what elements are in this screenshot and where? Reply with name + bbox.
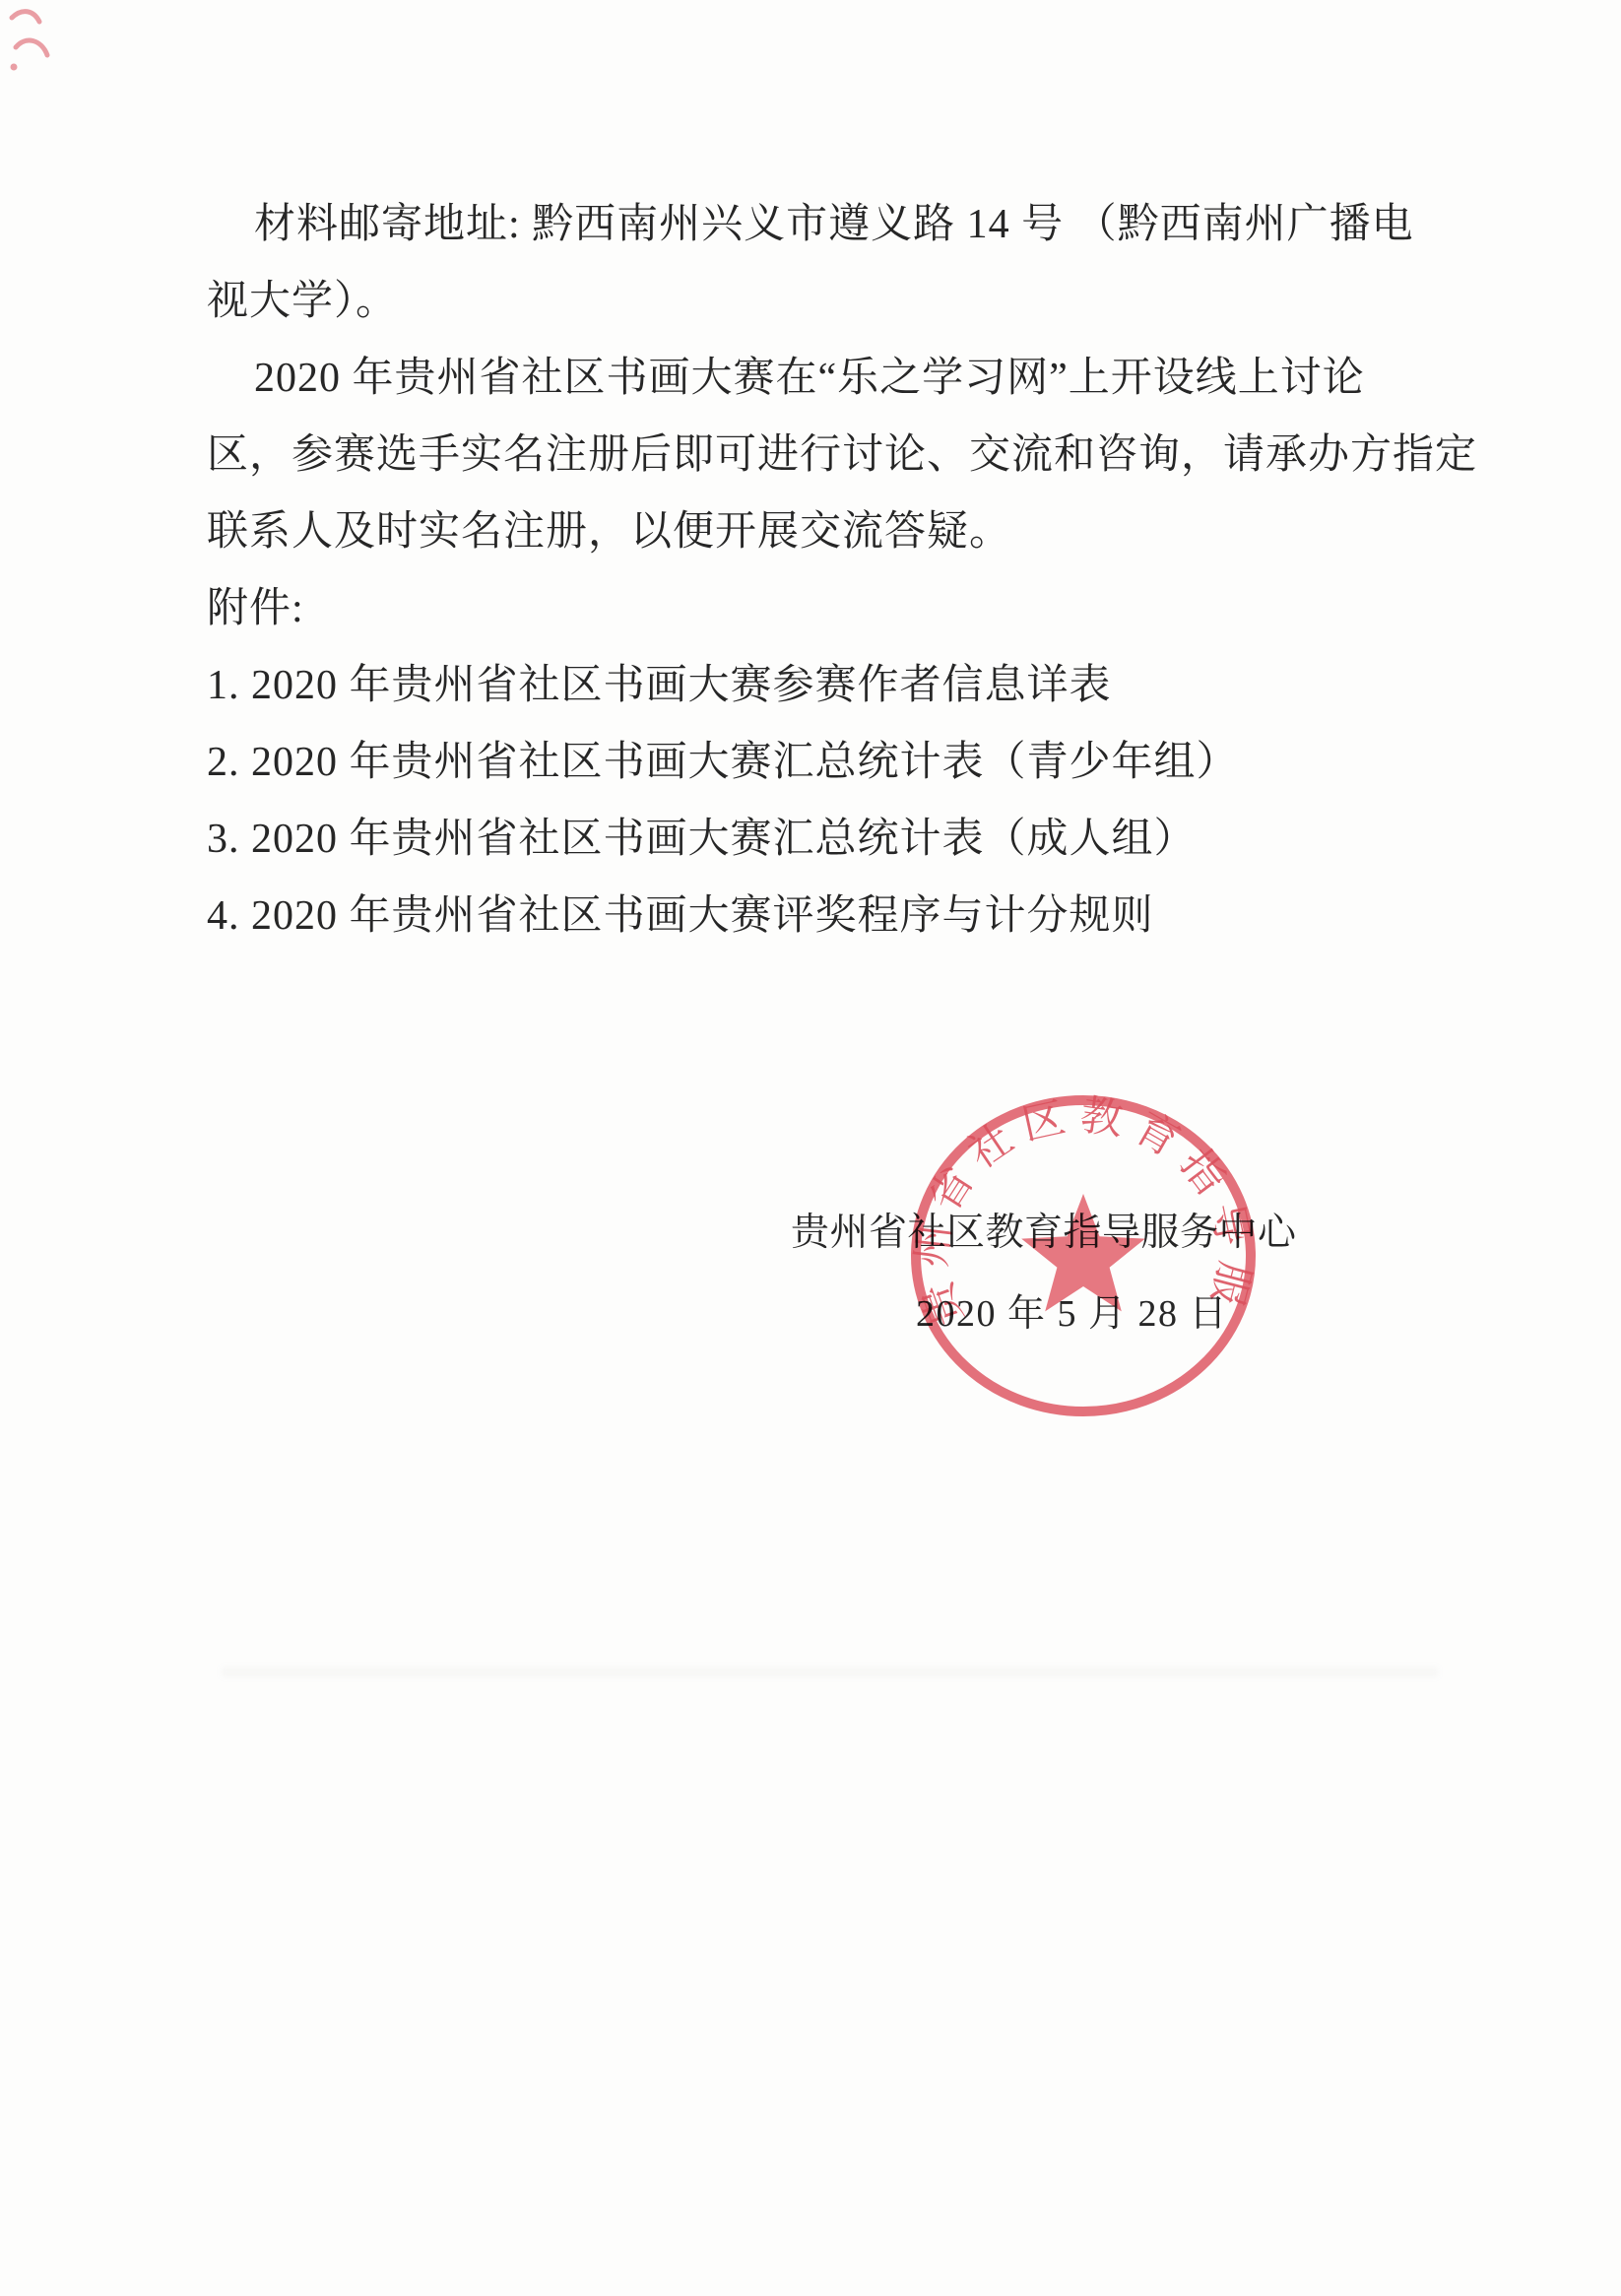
attachments-label: 附件: <box>207 584 304 633</box>
attachment-item: 4. 2020 年贵州省社区书画大赛评奖程序与计分规则 <box>207 891 1154 941</box>
body-line: 联系人及时实名注册，以便开展交流答疑。 <box>207 507 1011 557</box>
signature-date: 2020 年 5 月 28 日 <box>916 1282 1228 1337</box>
attachment-item: 3. 2020 年贵州省社区书画大赛汇总统计表（成人组） <box>207 815 1197 864</box>
attachment-item: 2. 2020 年贵州省社区书画大赛汇总统计表（青少年组） <box>207 738 1239 787</box>
body-line: 材料邮寄地址: 黔西南州兴义市遵义路 14 号 （黔西南州广播电 <box>254 200 1414 249</box>
body-line: 2020 年贵州省社区书画大赛在“乐之学习网”上开设线上讨论 <box>254 354 1365 403</box>
body-line: 视大学）。 <box>207 277 398 326</box>
body-line: 区，参赛选手实名注册后即可进行讨论、交流和咨询，请承办方指定 <box>207 430 1477 480</box>
signature-organization: 贵州省社区教育指导服务中心 <box>791 1202 1297 1257</box>
official-seal: 贵州省社区教育指导服务中心 <box>0 0 1621 2296</box>
corner-ink-marks <box>4 2 73 81</box>
attachment-item: 1. 2020 年贵州省社区书画大赛参赛作者信息详表 <box>207 661 1112 710</box>
scan-artifact <box>222 1667 1438 1677</box>
scanned-document-page: 材料邮寄地址: 黔西南州兴义市遵义路 14 号 （黔西南州广播电 视大学）。 2… <box>0 0 1621 2296</box>
